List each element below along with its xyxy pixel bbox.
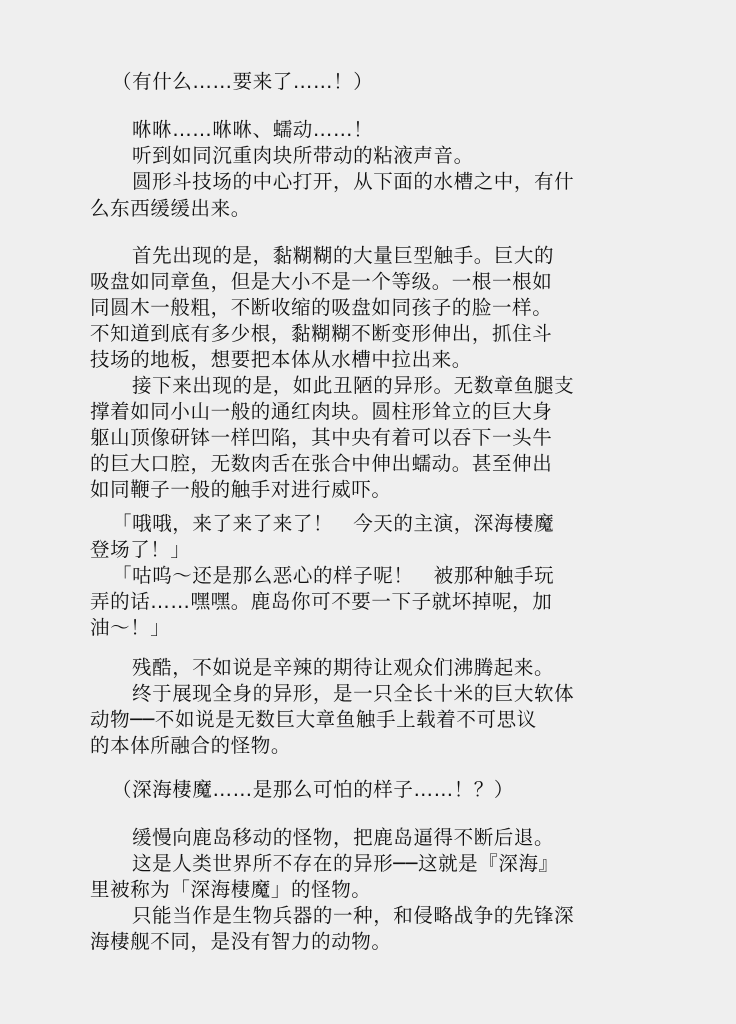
- text-line: 接下来出现的是，如此丑陋的异形。无数章鱼腿支: [132, 374, 574, 398]
- text-line: 躯山顶像研钵一样凹陷，其中央有着可以吞下一头牛: [90, 426, 552, 450]
- text-line: 缓慢向鹿岛移动的怪物，把鹿岛逼得不断后退。: [132, 826, 554, 850]
- text-line: 的巨大口腔，无数肉舌在张合中伸出蠕动。甚至伸出: [90, 452, 552, 476]
- text-line: 技场的地板，想要把本体从水槽中拉出来。: [90, 348, 472, 372]
- text-line: 的本体所融合的怪物。: [90, 734, 291, 758]
- text-line: 终于展现全身的异形，是一只全长十米的巨大软体: [132, 682, 574, 706]
- text-line: 只能当作是生物兵器的一种，和侵略战争的先锋深: [132, 904, 574, 928]
- text-line: 同圆木一般粗，不断收缩的吸盘如同孩子的脸一样。: [90, 296, 552, 320]
- text-line: 海棲舰不同，是没有智力的动物。: [90, 930, 392, 954]
- text-line: 撑着如同小山一般的通红肉块。圆柱形耸立的巨大身: [90, 400, 552, 424]
- text-line: 么东西缓缓出来。: [90, 197, 251, 221]
- text-line: 动物──不如说是无数巨大章鱼触手上载着不可思议: [90, 708, 537, 732]
- text-line: 不知道到底有多少根，黏糊糊不断变形伸出，抓住斗: [90, 322, 552, 346]
- text-line: 登场了！」: [90, 538, 191, 562]
- text-line: 「咕呜～还是那么恶心的样子呢！ 被那种触手玩: [112, 564, 554, 588]
- text-line: （深海棲魔……是那么可怕的样子……！？）: [112, 778, 514, 802]
- text-line: 残酷，不如说是辛辣的期待让观众们沸腾起来。: [132, 656, 554, 680]
- text-line: （有什么……要来了……！）: [112, 70, 373, 94]
- text-line: 首先出现的是，黏糊糊的大量巨型触手。巨大的: [132, 244, 554, 268]
- text-line: 吸盘如同章鱼，但是大小不是一个等级。一根一根如: [90, 270, 552, 294]
- text-line: 弄的话……嘿嘿。鹿岛你可不要一下子就坏掉呢，加: [90, 590, 552, 614]
- document-page: （有什么……要来了……！）咻咻……咻咻、蠕动……！听到如同沉重肉块所带动的粘液声…: [0, 0, 736, 1024]
- text-line: 听到如同沉重肉块所带动的粘液声音。: [132, 144, 474, 168]
- text-line: 咻咻……咻咻、蠕动……！: [132, 118, 373, 142]
- text-line: 里被称为「深海棲魔」的怪物。: [90, 878, 371, 902]
- text-line: 圆形斗技场的中心打开，从下面的水槽之中，有什: [132, 170, 574, 194]
- text-line: 如同鞭子一般的触手对进行威吓。: [90, 478, 392, 502]
- text-line: 「哦哦，来了来了来了！ 今天的主演，深海棲魔: [112, 512, 554, 536]
- text-line: 这是人类世界所不存在的异形──这就是『深海』: [132, 852, 559, 876]
- text-line: 油～！」: [90, 616, 170, 640]
